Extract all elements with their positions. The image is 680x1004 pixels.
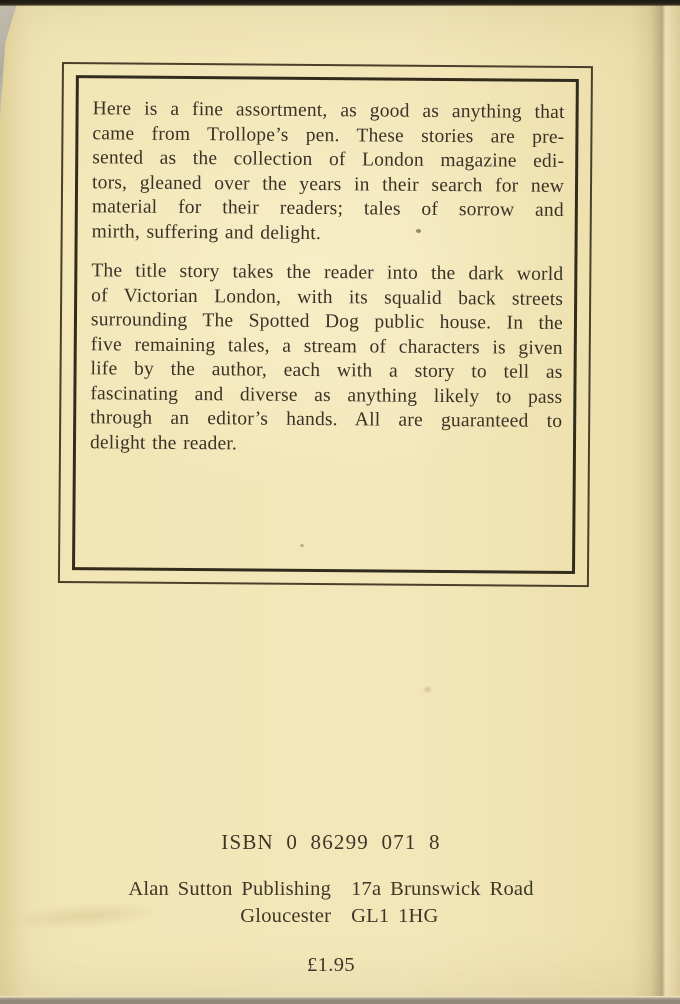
text-line: fascinating and diverse as anything like…: [90, 382, 562, 410]
paper-stain: [424, 687, 431, 692]
text-line: material for their readers; tales of sor…: [92, 195, 564, 223]
text-line: five remaining tales, a stream of charac…: [91, 333, 563, 361]
colophon: ISBN 0 86299 071 8 Alan Sutton Publishin…: [6, 830, 656, 977]
text-line: sented as the collection of London magaz…: [92, 146, 564, 174]
text-line: through an editor’s hands. All are guara…: [90, 406, 562, 434]
text-line: surrounding The Spotted Dog public house…: [91, 308, 563, 336]
text-line: delight the reader.: [90, 431, 562, 459]
page-corner-fold: [0, 0, 18, 120]
isbn-line: ISBN 0 86299 071 8: [6, 830, 656, 854]
text-line: of Victorian London, with its squalid ba…: [91, 284, 563, 312]
publisher-address-block: Alan Sutton Publishing 17a Brunswick Roa…: [6, 876, 656, 930]
text-line: tors, gleaned over the years in their se…: [92, 171, 564, 199]
blurb-border-box: Here is a fine assortment, as good as an…: [58, 62, 593, 587]
publisher-name: Alan Sutton Publishing: [128, 876, 331, 903]
text-line: The title story takes the reader into th…: [91, 259, 563, 287]
publisher-street: 17a Brunswick Road: [351, 876, 534, 903]
text-line: mirth, suffering and delight.: [92, 220, 564, 248]
text-line: life by the author, each with a story to…: [90, 357, 562, 385]
scan-top-edge: [0, 0, 680, 6]
scan-bottom-edge: [0, 996, 680, 1004]
price: £1.95: [6, 953, 656, 977]
text-line: came from Trollope’s pen. These stories …: [92, 122, 564, 150]
blurb-paragraph-2: The title story takes the reader into th…: [90, 259, 564, 459]
publisher-postcode: GL1 1HG: [351, 903, 534, 930]
book-back-cover: Here is a fine assortment, as good as an…: [0, 0, 680, 1004]
blurb-text-area: Here is a fine assortment, as good as an…: [72, 75, 579, 574]
text-line: Here is a fine assortment, as good as an…: [93, 97, 565, 125]
publisher-city: Gloucester: [128, 903, 331, 930]
blurb-paragraph-1: Here is a fine assortment, as good as an…: [92, 97, 565, 248]
